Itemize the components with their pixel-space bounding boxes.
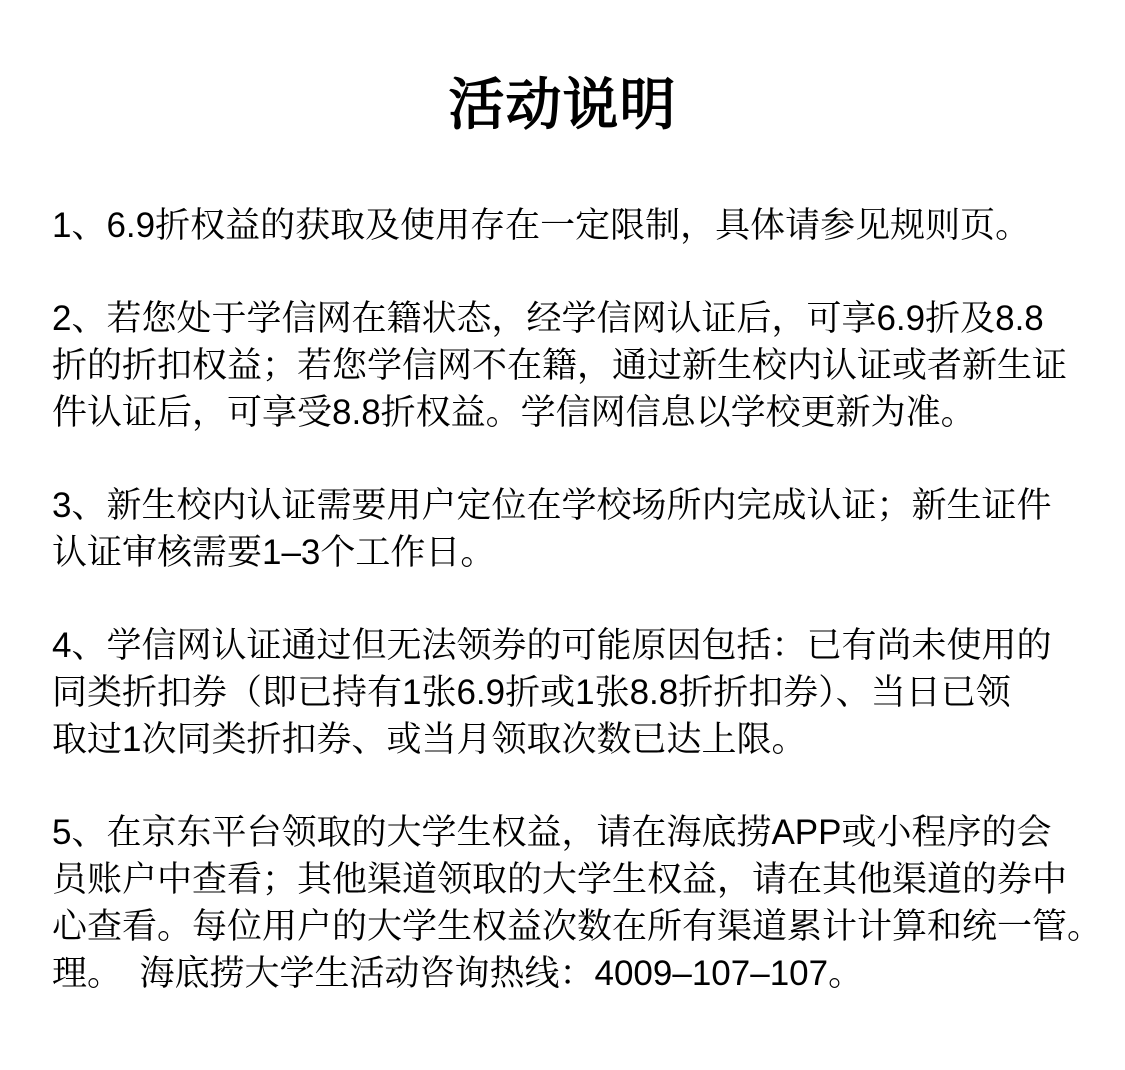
paragraph-line: 理。 海底捞大学生活动咨询热线：4009–107–107。 (52, 950, 1073, 997)
paragraph: 2、若您处于学信网在籍状态，经学信网认证后，可享6.9折及8.8折的折扣权益；若… (52, 295, 1073, 436)
paragraph: 5、在京东平台领取的大学生权益，请在海底捞APP或小程序的会员账户中查看；其他渠… (52, 809, 1073, 997)
page-title: 活动说明 (0, 0, 1125, 140)
paragraph-line: 件认证后，可享受8.8折权益。学信网信息以学校更新为准。 (52, 389, 1073, 436)
paragraph-line: 2、若您处于学信网在籍状态，经学信网认证后，可享6.9折及8.8 (52, 295, 1073, 342)
activity-notice-page: 活动说明 1、6.9折权益的获取及使用存在一定限制，具体请参见规则页。2、若您处… (0, 0, 1125, 1070)
paragraph: 3、新生校内认证需要用户定位在学校场所内完成认证；新生证件认证审核需要1–3个工… (52, 482, 1073, 576)
paragraph-line: 5、在京东平台领取的大学生权益，请在海底捞APP或小程序的会 (52, 809, 1073, 856)
paragraph: 1、6.9折权益的获取及使用存在一定限制，具体请参见规则页。 (52, 202, 1073, 249)
paragraph-line: 员账户中查看；其他渠道领取的大学生权益，请在其他渠道的券中 (52, 856, 1073, 903)
paragraph-line: 3、新生校内认证需要用户定位在学校场所内完成认证；新生证件 (52, 482, 1073, 529)
paragraph-line: 心查看。每位用户的大学生权益次数在所有渠道累计计算和统一管。 (52, 903, 1073, 950)
paragraph: 4、学信网认证通过但无法领券的可能原因包括：已有尚未使用的同类折扣券（即已持有1… (52, 622, 1073, 763)
paragraph-list: 1、6.9折权益的获取及使用存在一定限制，具体请参见规则页。2、若您处于学信网在… (0, 202, 1125, 997)
paragraph-line: 4、学信网认证通过但无法领券的可能原因包括：已有尚未使用的 (52, 622, 1073, 669)
paragraph-line: 取过1次同类折扣券、或当月领取次数已达上限。 (52, 716, 1073, 763)
paragraph-line: 认证审核需要1–3个工作日。 (52, 529, 1073, 576)
paragraph-line: 同类折扣券（即已持有1张6.9折或1张8.8折折扣券）、当日已领 (52, 669, 1073, 716)
paragraph-line: 1、6.9折权益的获取及使用存在一定限制，具体请参见规则页。 (52, 202, 1073, 249)
paragraph-line: 折的折扣权益；若您学信网不在籍，通过新生校内认证或者新生证 (52, 342, 1073, 389)
